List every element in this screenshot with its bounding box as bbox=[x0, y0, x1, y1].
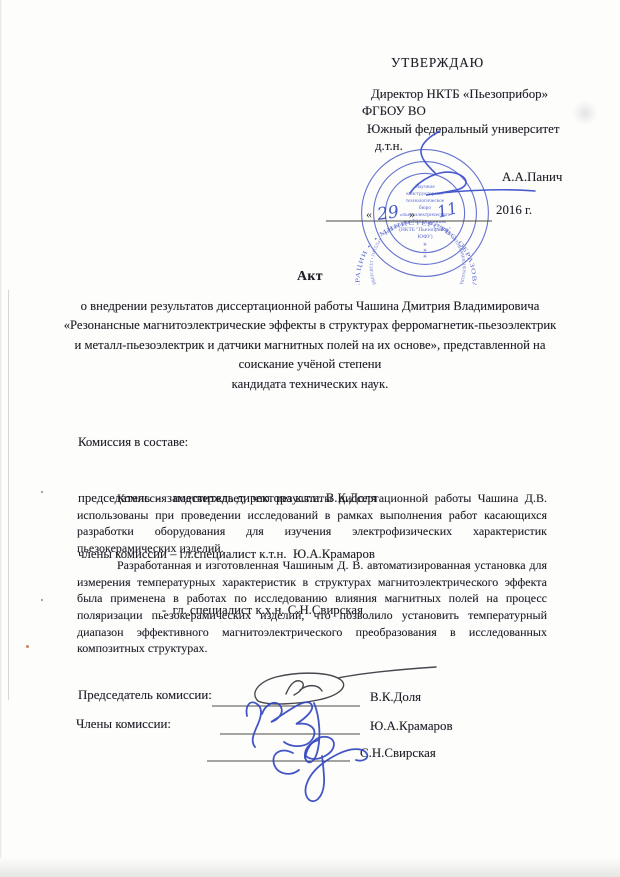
seal-center-text: (НКТБ "Пьезоприбор" bbox=[399, 226, 451, 233]
members-label: Члены комиссии: bbox=[76, 717, 171, 732]
act-title: Акт bbox=[0, 268, 620, 284]
seal-mark: ✳ bbox=[423, 248, 427, 254]
paragraph-line: использованы при проведении исследований… bbox=[77, 507, 547, 524]
paragraph-line: измерения температурных характеристик в … bbox=[77, 574, 547, 591]
director-title-line: Южный федеральный университет bbox=[362, 121, 582, 138]
director-name: А.А.Панич bbox=[502, 170, 562, 185]
scan-edge-artifact bbox=[0, 0, 2, 877]
commission-heading: Комиссия в составе: bbox=[78, 433, 376, 452]
seal-mark: ✳ bbox=[423, 254, 427, 260]
paragraph-line: Разработанная и изготовленная Чашиным Д.… bbox=[77, 557, 547, 574]
seal-center-text: «пьезоэлектрического bbox=[400, 212, 451, 218]
subtitle-line: кандидата технических наук. bbox=[0, 375, 620, 394]
chairman-name: В.К.Доля bbox=[370, 690, 421, 705]
body-text: Комиссия подтверждает, что результаты ди… bbox=[77, 490, 547, 657]
seal-center-text: приборостроения» bbox=[403, 218, 446, 225]
subtitle-line: «Резонансные магнитоэлектрические эффект… bbox=[0, 316, 620, 335]
university-seal: • МИНИСТЕРСТВО ОБРАЗОВАНИЯ И НАУКИ РОССИ… bbox=[353, 141, 497, 285]
member-signature bbox=[247, 702, 320, 762]
subtitle-line: соискание учёной степени bbox=[0, 355, 620, 374]
document-page: УТВЕРЖДАЮ Директор НКТБ «Пьезоприбор» ФГ… bbox=[0, 0, 620, 877]
seal-center-text: бюро bbox=[419, 204, 431, 211]
year-label: 2016 г. bbox=[496, 203, 532, 218]
chairman-label: Председатель комиссии: bbox=[78, 688, 212, 703]
member-signature bbox=[273, 737, 367, 801]
director-title-line: ФГБОУ ВО bbox=[362, 103, 582, 120]
seal-center-text: Научное bbox=[415, 184, 435, 190]
paragraph-line: Комиссия подтверждает, что результаты ди… bbox=[77, 490, 547, 507]
speck-artifact bbox=[41, 491, 43, 493]
member-name: С.Н.Свирская bbox=[360, 746, 436, 761]
scan-bottom-band bbox=[0, 858, 620, 877]
paragraph-line: поляризации пьезокерамических изделий, ч… bbox=[77, 607, 547, 624]
paragraph-line: пьезокерамических изделий. bbox=[77, 540, 547, 557]
act-subtitle: о внедрении результатов диссертационной … bbox=[0, 297, 620, 394]
member-name: Ю.А.Крамаров bbox=[370, 719, 453, 734]
signature-underlines bbox=[207, 706, 360, 761]
paragraph-line: диапазон эффективного магнитоэлектрическ… bbox=[77, 624, 547, 641]
seal-center-text: ЮФУ) bbox=[418, 233, 433, 240]
seal-center-text: технологическое bbox=[406, 198, 445, 204]
seal-center-text: конструкторско- bbox=[406, 191, 444, 197]
speck-artifact bbox=[41, 599, 43, 601]
subtitle-line: о внедрении результатов диссертационной … bbox=[0, 297, 620, 316]
director-title-line: Директор НКТБ «Пьезоприбор» bbox=[362, 86, 582, 103]
subtitle-line: и металл-пьезоэлектрик и датчики магнитн… bbox=[0, 336, 620, 355]
ink-dot-artifact bbox=[26, 645, 29, 648]
seal-mark: ✳ bbox=[423, 242, 427, 248]
paragraph-line: разработки оборудования для изучения эле… bbox=[77, 523, 547, 540]
approve-label: УТВЕРЖДАЮ bbox=[391, 55, 484, 71]
paragraph-line: композитных структурах. bbox=[77, 640, 547, 657]
paragraph-line: была применена в работах по исследованию… bbox=[77, 590, 547, 607]
